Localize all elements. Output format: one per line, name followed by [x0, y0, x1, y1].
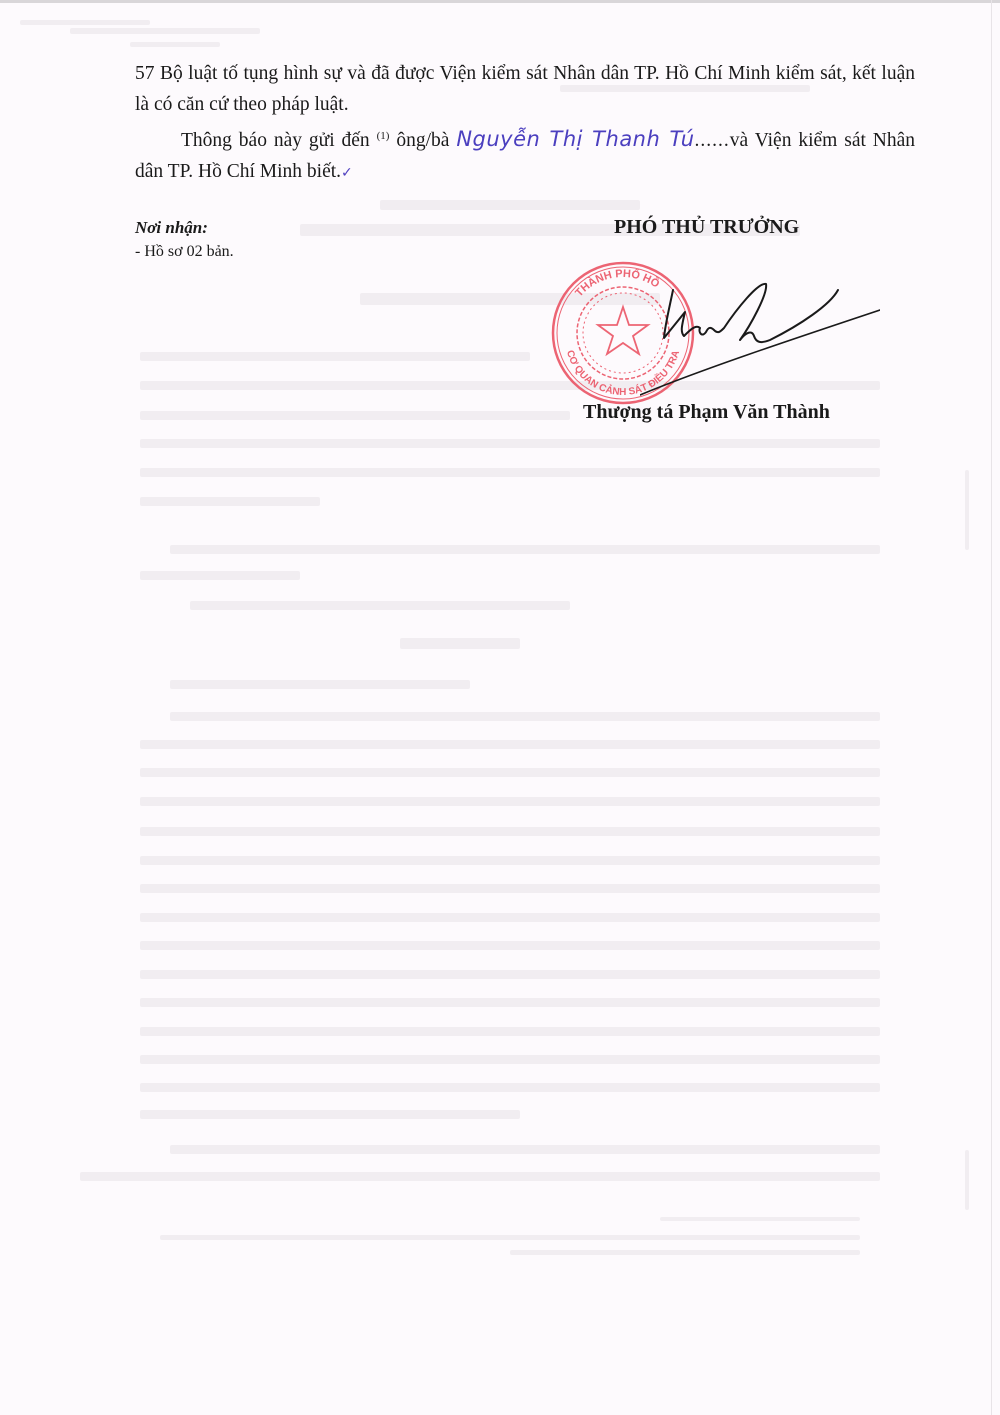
- paragraph-conclusion: 57 Bộ luật tố tụng hình sự và đã được Vi…: [135, 58, 915, 120]
- recipient-item: - Hồ sơ 02 bản.: [135, 240, 234, 264]
- recipients-label: Nơi nhận:: [135, 216, 234, 240]
- reverse-side-bleed-through: [0, 0, 1000, 1415]
- salutation: ông/bà: [396, 130, 449, 151]
- handwritten-recipient-name: Nguyễn Thị Thanh Tú: [456, 127, 694, 151]
- signer-title: PHÓ THỦ TRƯỞNG: [614, 216, 799, 239]
- recipients-block: Nơi nhận: - Hồ sơ 02 bản.: [135, 216, 234, 264]
- paragraph-notice-recipients: Thông báo này gửi đến (1) ông/bà Nguyễn …: [135, 121, 915, 189]
- handwritten-signature: [640, 270, 880, 400]
- page-top-edge: [0, 0, 1000, 3]
- fill-dots: ......: [695, 130, 730, 151]
- notice-lead: Thông báo này gửi đến: [181, 130, 370, 151]
- signer-name: Thượng tá Phạm Văn Thành: [583, 401, 830, 424]
- handwritten-check-mark: ✓: [341, 165, 353, 181]
- footnote-ref: (1): [377, 130, 390, 142]
- page-right-edge: [991, 0, 992, 1415]
